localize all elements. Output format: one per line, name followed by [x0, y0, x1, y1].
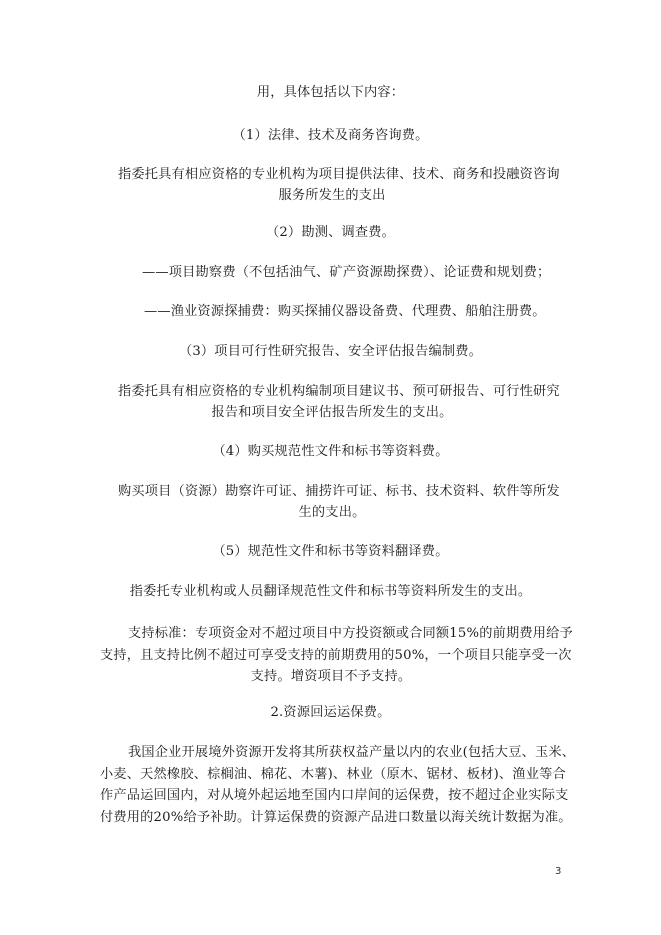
item3-desc-line1: 指委托具有相应资格的专业机构编制项目建议书、预可研报告、可行性研究: [118, 381, 546, 402]
item2-sub-fishery: ——渔业资源探捕费：购买探捕仪器设备费、代理费、船舶注册费。: [144, 301, 546, 322]
item5-description: 指委托专业机构或人员翻译规范性文件和标书等资料所发生的支出。: [0, 581, 661, 602]
section2-paragraph: 我国企业开展境外资源开发将其所获权益产量以内的农业(包括大豆、玉米、 小麦、天然…: [100, 742, 562, 828]
item3-title: （3）项目可行性研究报告、安全评估报告编制费。: [0, 341, 661, 362]
item4-title: （4）购买规范性文件和标书等资料费。: [0, 441, 661, 462]
item4-desc-line2: 生的支出。: [118, 502, 546, 523]
support-line3: 支持。增资项目不予支持。: [100, 666, 562, 688]
intro-line: 用，具体包括以下内容：: [0, 82, 661, 103]
item1-desc-line2: 服务所发生的支出: [118, 185, 546, 206]
item4-description: 购买项目（资源）勘察许可证、捕捞许可证、标书、技术资料、软件等所发 生的支出。: [118, 481, 546, 523]
section2-line3: 作产品运回国内，对从境外起运地至国内口岸间的运保费，按不超过企业实际支: [100, 785, 562, 807]
document-page: 用，具体包括以下内容： （1）法律、技术及商务咨询费。 指委托具有相应资格的专业…: [0, 0, 661, 935]
section2-line4: 付费用的20%给予补助。计算运保费的资源产品进口数量以海关统计数据为准。: [100, 807, 562, 829]
page-number: 3: [555, 866, 561, 877]
item3-description: 指委托具有相应资格的专业机构编制项目建议书、预可研报告、可行性研究 报告和项目安…: [118, 381, 546, 423]
item2-title: （2）勘测、调查费。: [0, 222, 661, 243]
support-line1: 支持标准：专项资金对不超过项目中方投资额或合同额15%的前期费用给予: [100, 623, 562, 645]
support-standard-paragraph: 支持标准：专项资金对不超过项目中方投资额或合同额15%的前期费用给予 支持，且支…: [100, 623, 562, 688]
item3-desc-line2: 报告和项目安全评估报告所发生的支出。: [118, 402, 546, 423]
item2-sub-survey: ——项目勘察费（不包括油气、矿产资源勘探费）、论证费和规划费；: [142, 262, 550, 283]
section2-title: 2.资源回运运保费。: [0, 702, 661, 723]
section2-line2: 小麦、天然橡胶、棕榈油、棉花、木薯)、林业（原木、锯材、板材)、渔业等合: [100, 764, 562, 786]
item5-title: （5）规范性文件和标书等资料翻译费。: [0, 541, 661, 562]
item4-desc-line1: 购买项目（资源）勘察许可证、捕捞许可证、标书、技术资料、软件等所发: [118, 481, 546, 502]
item1-description: 指委托具有相应资格的专业机构为项目提供法律、技术、商务和投融资咨询 服务所发生的…: [118, 164, 546, 206]
section2-line1: 我国企业开展境外资源开发将其所获权益产量以内的农业(包括大豆、玉米、: [100, 742, 562, 764]
item1-title: （1）法律、技术及商务咨询费。: [0, 125, 661, 146]
support-line2: 支持，且支持比例不超过可享受支持的前期费用的50%，一个项目只能享受一次: [100, 645, 562, 667]
item1-desc-line1: 指委托具有相应资格的专业机构为项目提供法律、技术、商务和投融资咨询: [118, 164, 546, 185]
